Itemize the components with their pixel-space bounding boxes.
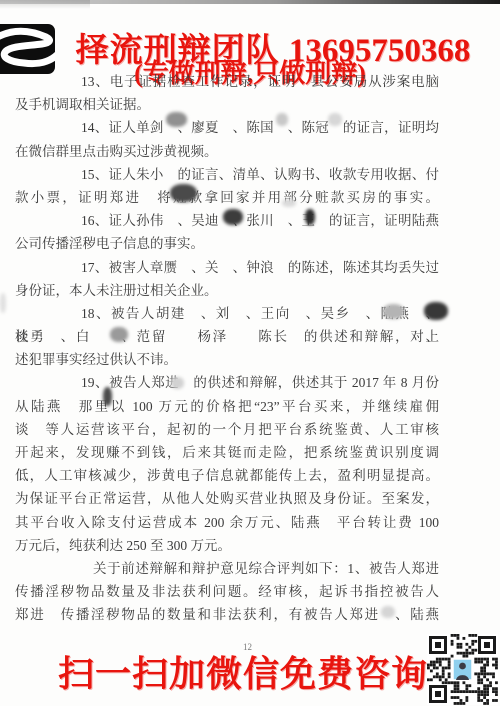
document-line: 款小票，证明郑进 将赃款拿回家并用部分赃款买房的事实。 xyxy=(15,186,439,209)
scan-corner-artifact xyxy=(0,0,90,9)
document-line: 及手机调取相关证据。 xyxy=(15,93,439,116)
wechat-qr-code xyxy=(427,633,498,706)
document-line: 低，人工审核减少，涉黄电子信息就都能传上去，盈利明显提高。 xyxy=(15,464,439,487)
qr-code-icon xyxy=(427,633,498,706)
redaction-smudge xyxy=(305,209,315,225)
document-line: 18、被告人胡建 、刘 、王向 、吴乡 、陆燕 、谈 、 xyxy=(15,302,439,325)
document-line: 在微信群里点击购买过涉黄视频。 xyxy=(15,140,439,163)
document-line: 杜勇 、白 、范留 杨泽 陈长 的供述和辩解，对上 xyxy=(15,325,439,348)
document-line: 从陆燕 那里以 100 万元的价格把“23”平台买来，并继续雇佣 xyxy=(15,395,439,418)
document-line: 郑进 传播淫秽物品的数量和非法获利，有被告人郑进 、陆燕 xyxy=(15,603,439,626)
redaction-smudge xyxy=(0,293,6,313)
redaction-smudge xyxy=(170,184,197,202)
document-line: 述犯罪事实经过供认不讳。 xyxy=(15,348,439,371)
redaction-smudge xyxy=(424,302,448,320)
redaction-smudge xyxy=(223,209,243,225)
document-line: 19、被告人郑进 的供述和辩解，供述其于 2017 年 8 月份 xyxy=(15,371,439,394)
document-line: 开起来，发现赚不到钱，后来其铤而走险，把系统鉴黄识别度调 xyxy=(15,441,439,464)
document-line: 公司传播淫秽电子信息的事实。 xyxy=(15,232,439,255)
document-text: 13、电子证据检查工作记录，证明 县公安局从涉案电脑及手机调取相关证据。14、证… xyxy=(15,70,439,627)
redaction-smudge xyxy=(383,304,404,319)
wechat-cta-text: 扫一扫加微信免费咨询 xyxy=(28,646,458,697)
scanned-court-document-page: 择流刑辩团队 13695750368 (专做刑辩,只做刑辩) 13、电子证据检查… xyxy=(0,0,500,706)
document-line: 17、被害人章赝 、关 、钟浪 的陈述，陈述其均丢失过 xyxy=(15,256,439,279)
document-line: 谈 等人运营该平台，起初的一个月把平台系统鉴黄、人工审核 xyxy=(15,418,439,441)
redaction-smudge xyxy=(381,606,395,618)
redaction-smudge xyxy=(276,113,288,126)
redaction-smudge xyxy=(328,113,342,126)
qr-avatar-photo xyxy=(453,659,472,680)
redaction-smudge xyxy=(103,387,112,406)
document-line: 传播淫秽物品数量及非法获利问题。经审核，起诉书指控被告人 xyxy=(15,580,439,603)
document-line: 15、证人朱小 的证言、清单、认购书、收款专用收据、付 xyxy=(15,163,439,186)
redaction-smudge xyxy=(282,199,296,207)
document-line: 13、电子证据检查工作记录，证明 县公安局从涉案电脑 xyxy=(15,70,439,93)
redaction-smudge xyxy=(171,377,184,389)
document-line: 关于前述辩解和辩护意见综合评判如下：1、被告人郑进 xyxy=(15,557,439,580)
document-line: 为保证平台正常运营，从他人处购买营业执照及身份证。至案发， xyxy=(15,487,439,510)
document-line: 万元后，纯获利达 250 至 300 万元。 xyxy=(15,534,439,557)
document-line: 身份证，本人未注册过相关企业。 xyxy=(15,279,439,302)
redaction-smudge xyxy=(110,327,128,342)
redaction-smudge xyxy=(166,112,187,127)
document-line: 14、证人单剑 、廖夏 、陈国 、陈冠 的证言，证明均 xyxy=(15,116,439,139)
document-line: 其平台收入除支付运营成本 200 余万元、陆燕 平台转让费 100 xyxy=(15,511,439,534)
